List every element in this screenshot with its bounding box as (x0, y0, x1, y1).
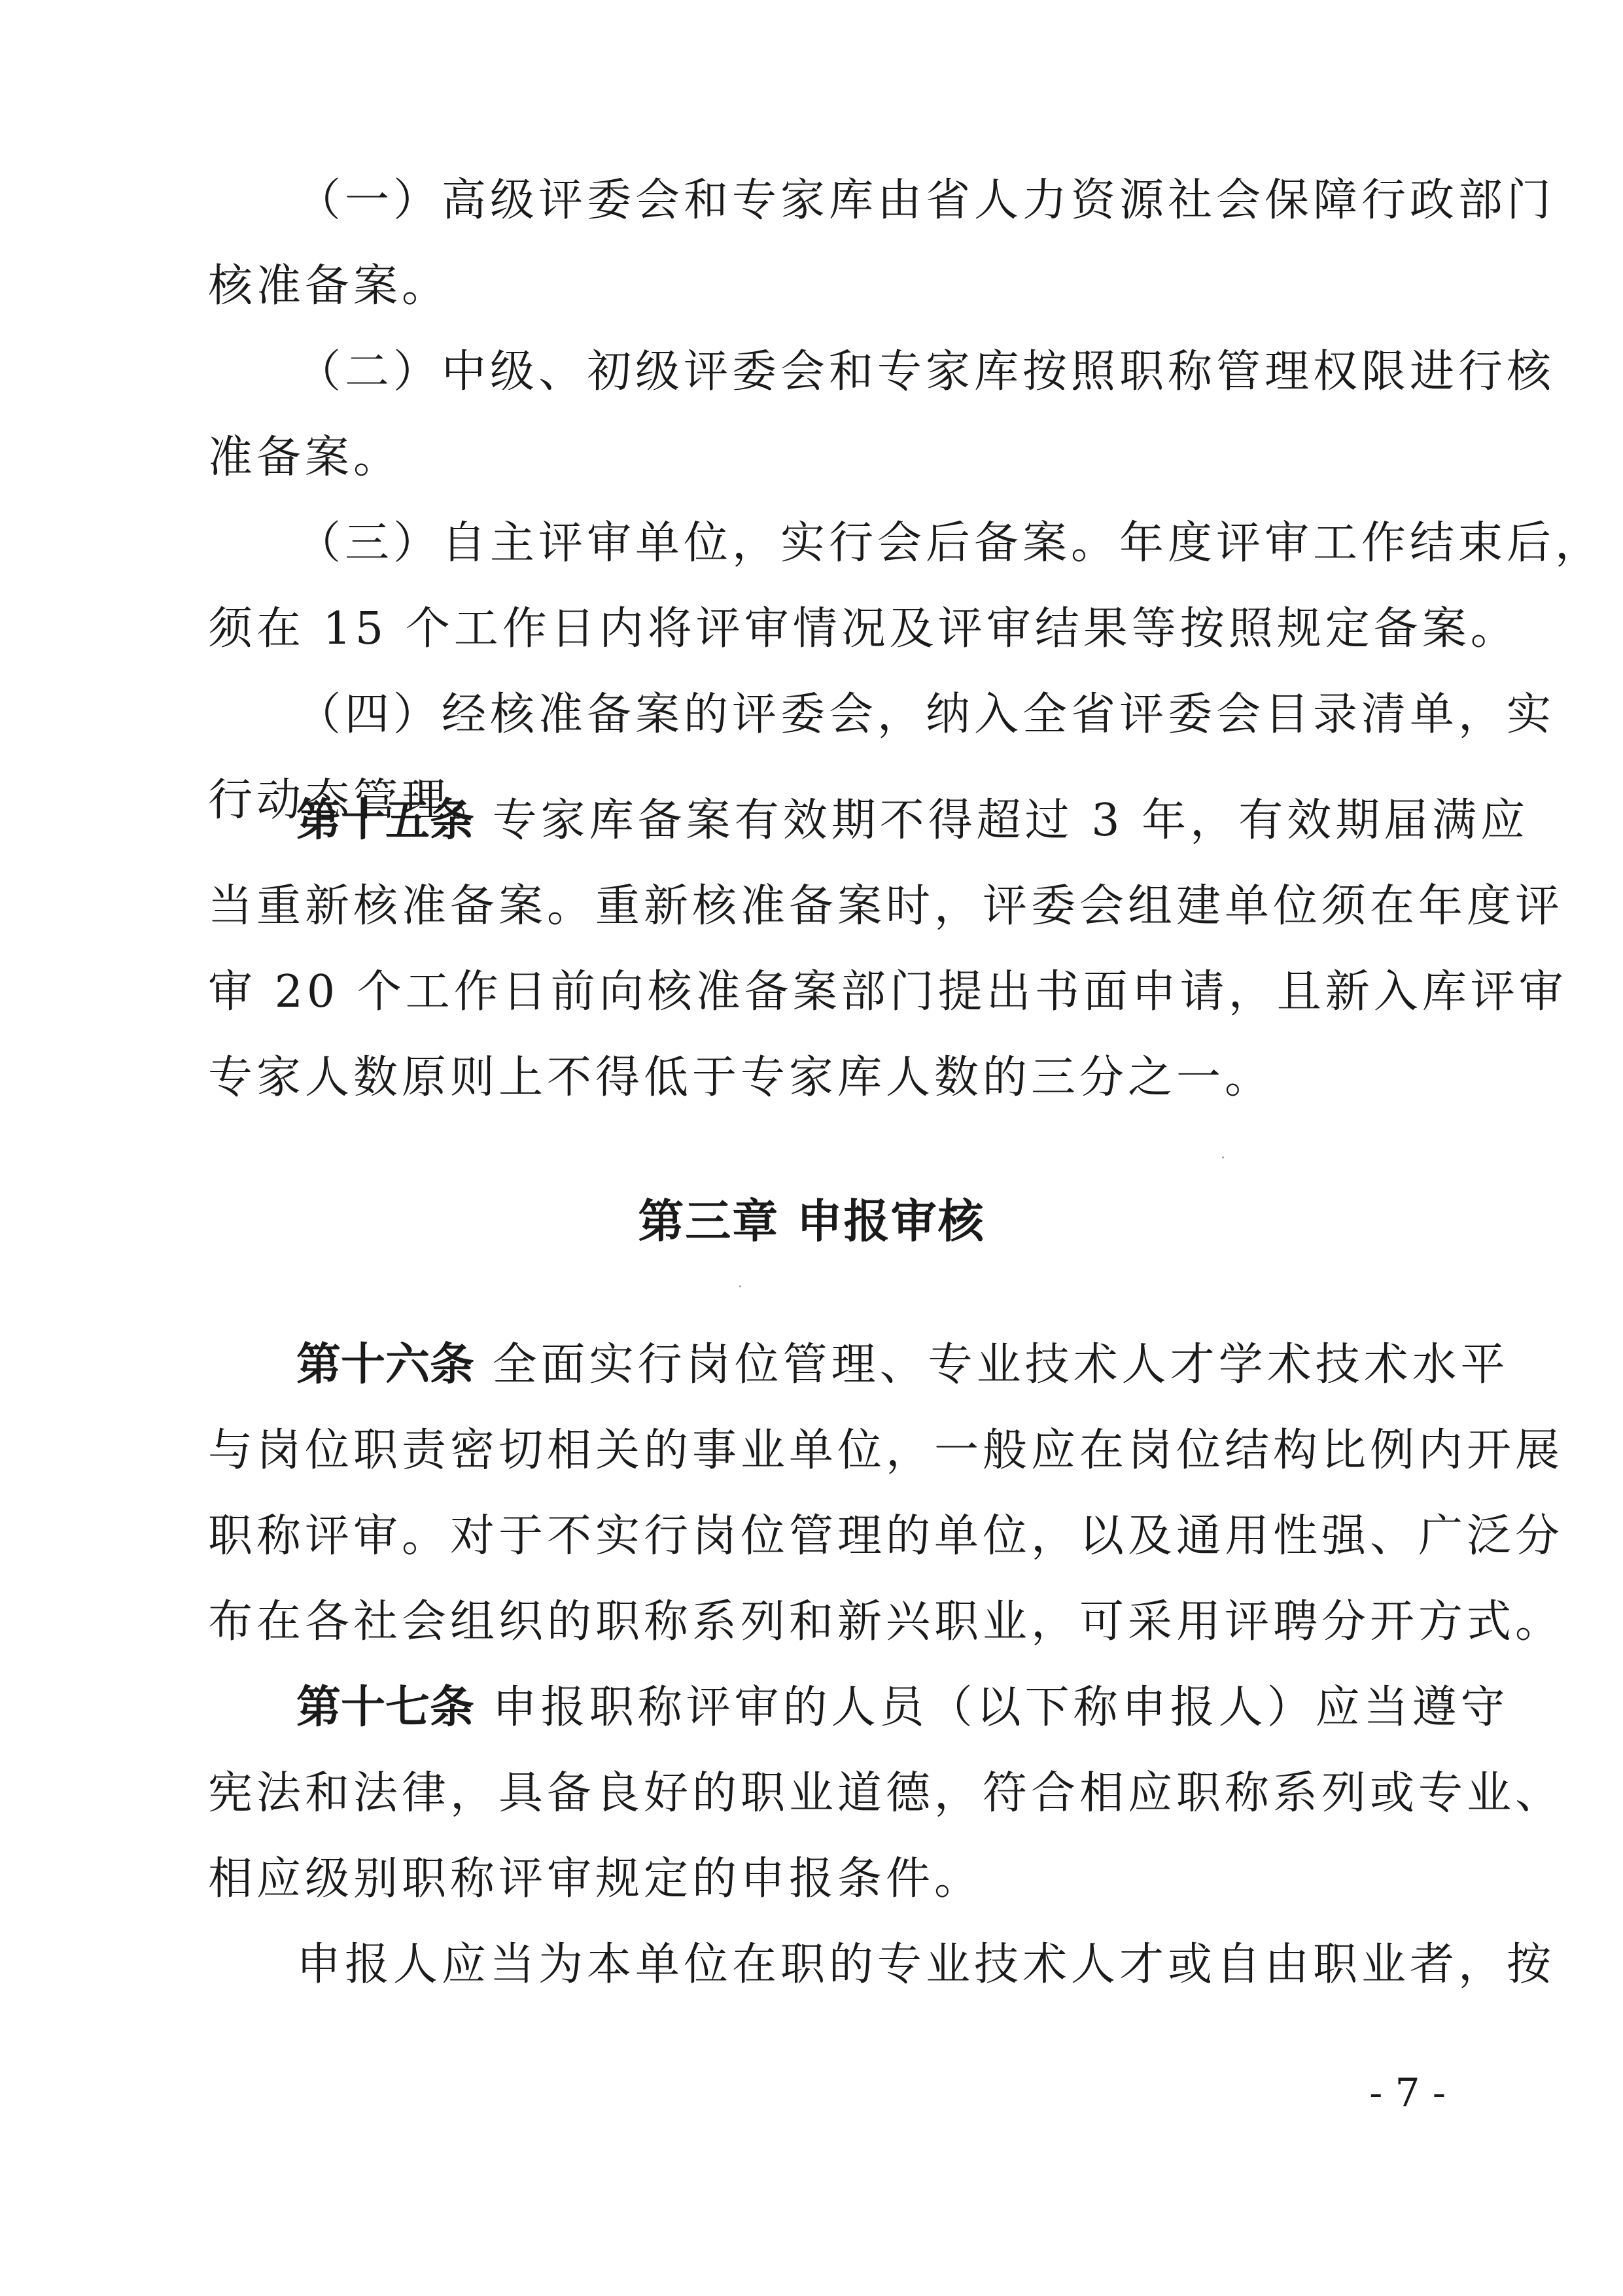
article-17-line-2: 宪法和法律，具备良好的职业道德，符合相应职称系列或专业、 (208, 1764, 1438, 1823)
item-2-line-2: 准备案。 (208, 428, 1438, 487)
article-15-line-2: 当重新核准备案。重新核准备案时，评委会组建单位须在年度评 (208, 877, 1438, 936)
article-16-label: 第十六条 (296, 1339, 474, 1391)
page-number: - 7 - (1341, 2067, 1446, 2119)
article-15-label: 第十五条 (296, 795, 474, 846)
item-1-line-2: 核准备案。 (208, 257, 1438, 316)
item-3-line-1: （三）自主评审单位，实行会后备案。年度评审工作结束后， (296, 514, 1438, 573)
article-16-first-line: 第十六条 全面实行岗位管理、专业技术人才学术技术水平 (296, 1336, 1438, 1395)
item-1-line-1: （一）高级评委会和专家库由省人力资源社会保障行政部门 (296, 171, 1438, 230)
article-16-text: 全面实行岗位管理、专业技术人才学术技术水平 (474, 1339, 1509, 1391)
article-17-text: 申报职称评审的人员（以下称申报人）应当遵守 (474, 1682, 1509, 1733)
article-15-line-3: 审 20 个工作日前向核准备案部门提出书面申请，且新入库评审 (208, 963, 1438, 1022)
article-16-line-2: 与岗位职责密切相关的事业单位，一般应在岗位结构比例内开展 (208, 1421, 1438, 1480)
article-17-label: 第十七条 (296, 1682, 474, 1733)
chapter-heading: 第三章 申报审核 (0, 1192, 1623, 1251)
article-16-line-4: 布在各社会组织的职称系列和新兴职业，可采用评聘分开方式。 (208, 1593, 1438, 1652)
item-4-line-1: （四）经核准备案的评委会，纳入全省评委会目录清单，实 (296, 686, 1438, 744)
article-15-first-line: 第十五条 专家库备案有效期不得超过 3 年，有效期届满应 (296, 791, 1438, 850)
scan-speck (739, 1285, 741, 1287)
final-paragraph-line-1: 申报人应当为本单位在职的专业技术人才或自由职业者，按 (296, 1936, 1438, 1994)
item-2-line-1: （二）中级、初级评委会和专家库按照职称管理权限进行核 (296, 343, 1438, 402)
item-3-line-2: 须在 15 个工作日内将评审情况及评审结果等按照规定备案。 (208, 600, 1438, 659)
article-17-line-3: 相应级别职称评审规定的申报条件。 (208, 1850, 1438, 1909)
scan-speck (1222, 1157, 1224, 1158)
article-15-text: 专家库备案有效期不得超过 3 年，有效期届满应 (474, 795, 1529, 846)
document-page: （一）高级评委会和专家库由省人力资源社会保障行政部门 核准备案。 （二）中级、初… (0, 0, 1623, 2296)
article-17-first-line: 第十七条 申报职称评审的人员（以下称申报人）应当遵守 (296, 1679, 1438, 1737)
article-16-line-3: 职称评审。对于不实行岗位管理的单位，以及通用性强、广泛分 (208, 1507, 1438, 1566)
article-15-line-4: 专家人数原则上不得低于专家库人数的三分之一。 (208, 1049, 1438, 1107)
